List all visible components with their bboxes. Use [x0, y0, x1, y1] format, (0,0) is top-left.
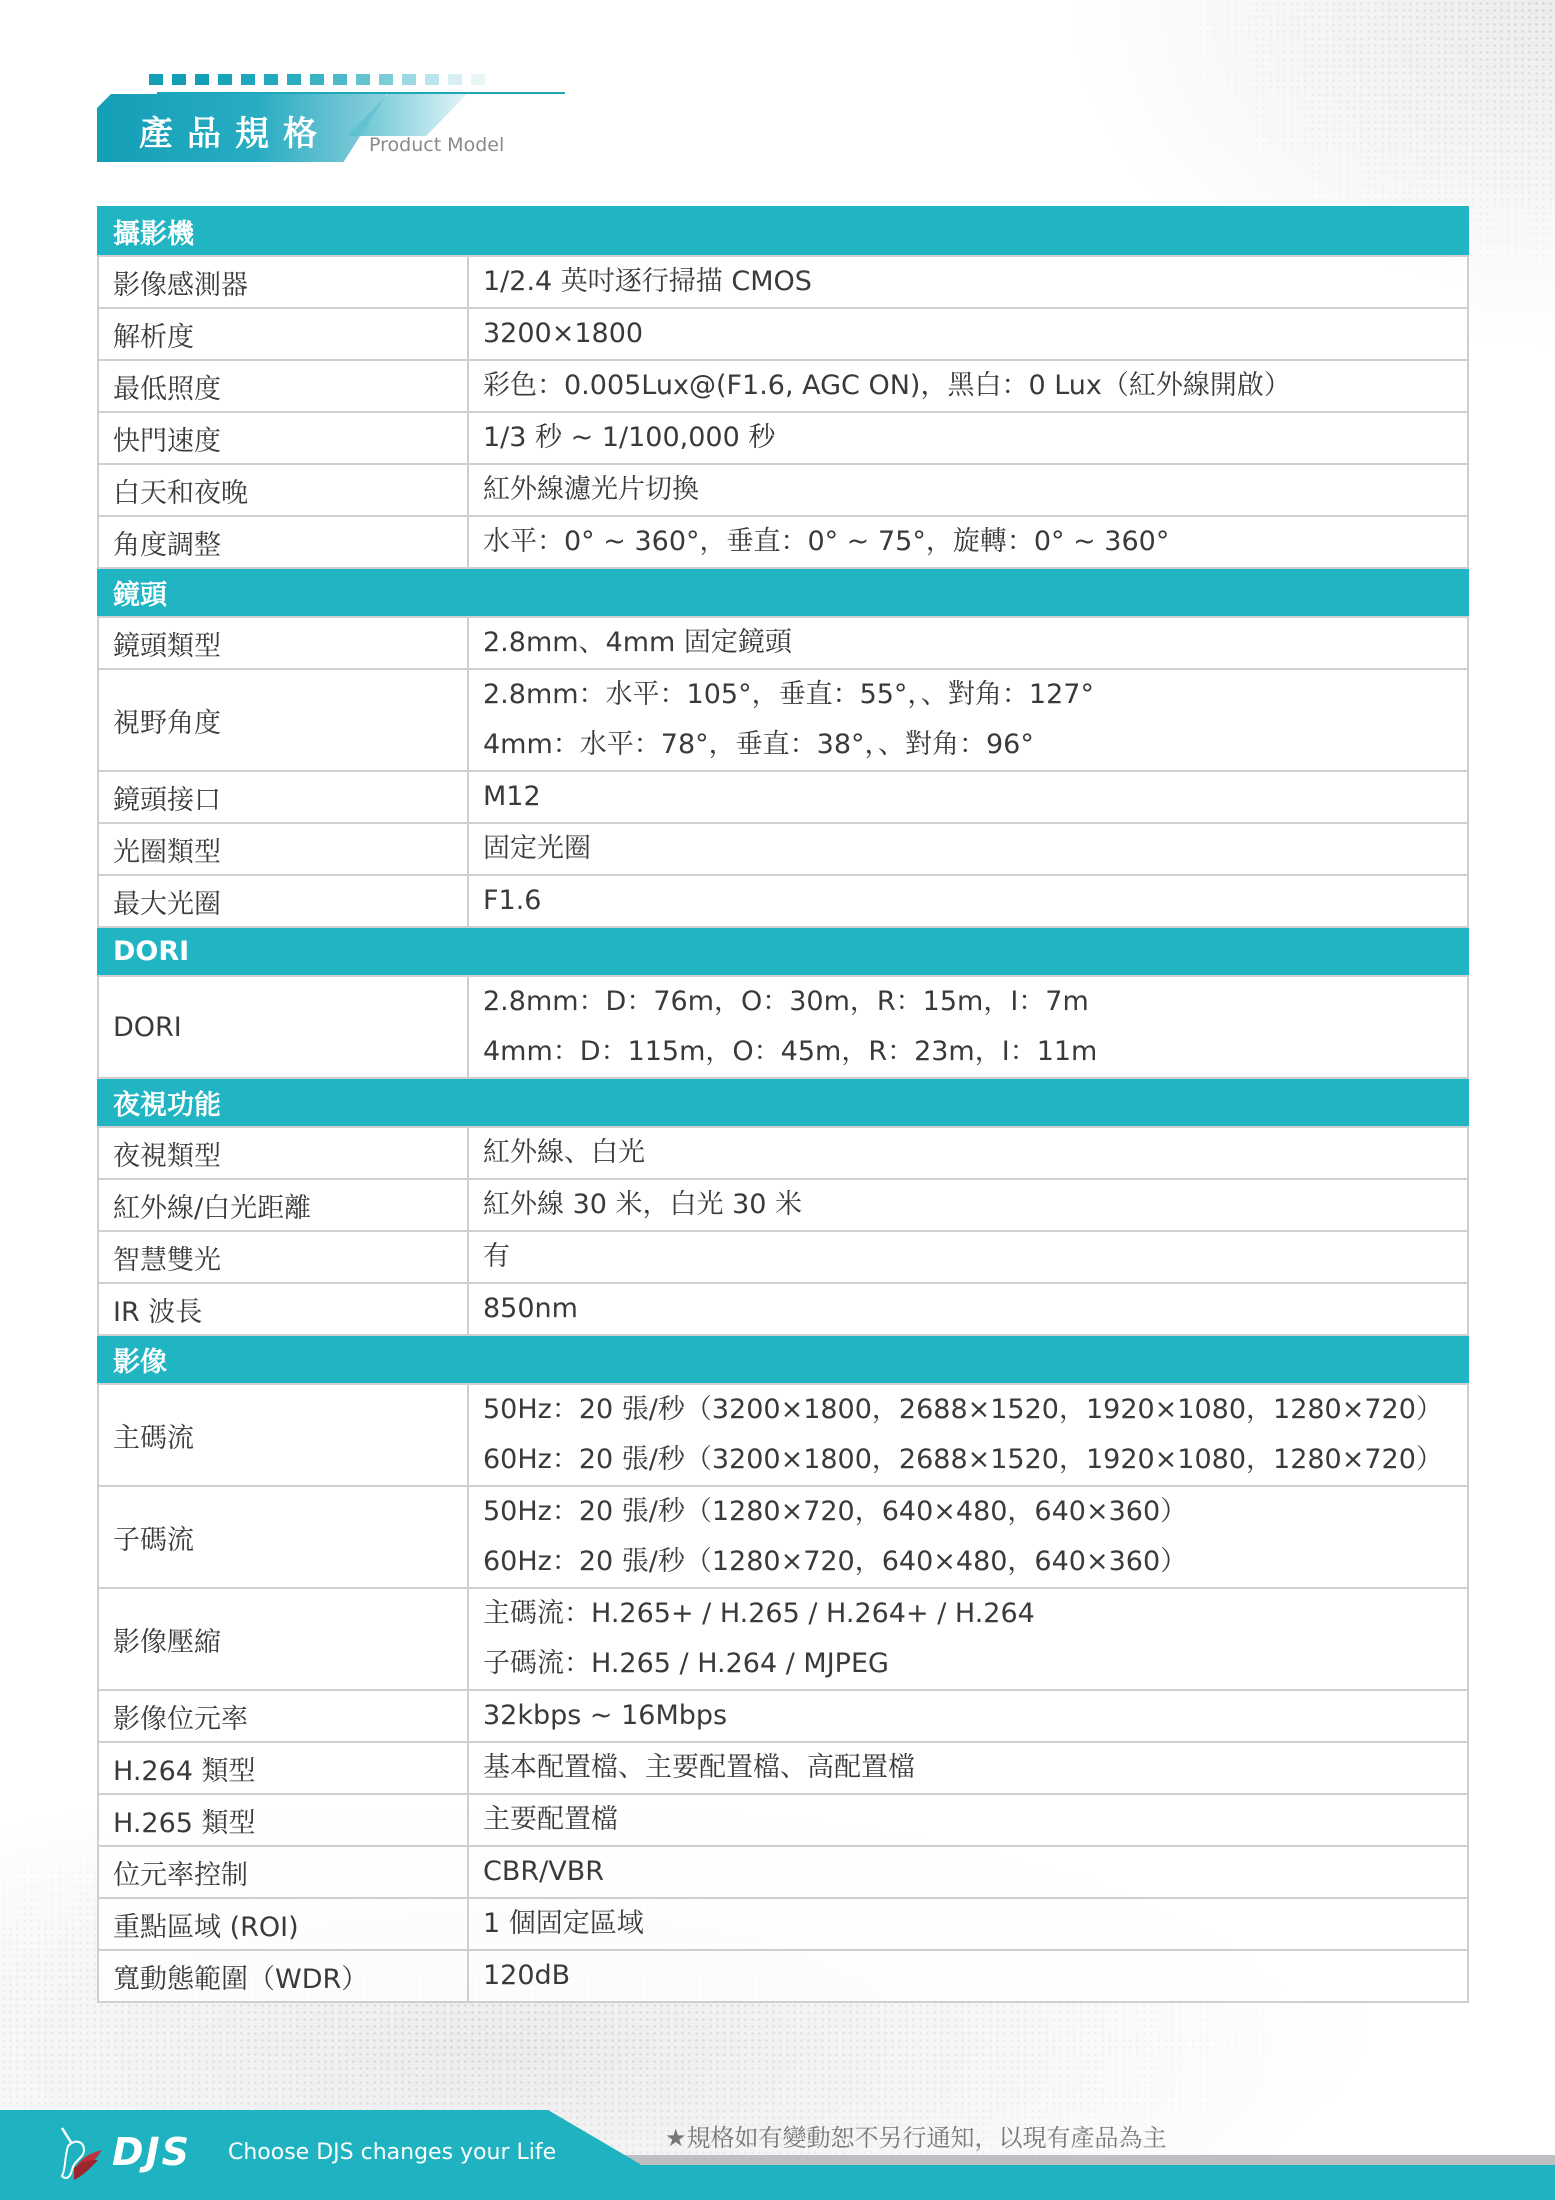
spec-value: 50Hz：20 張/秒（1280×720，640×480，640×360）60H… [468, 1486, 1468, 1588]
spec-value-line: 3200×1800 [483, 309, 1453, 359]
table-row: 影像壓縮主碼流：H.265+ / H.265 / H.264+ / H.264子… [98, 1588, 1468, 1690]
spec-value: 彩色：0.005Lux@(F1.6, AGC ON)，黑白：0 Lux（紅外線開… [468, 360, 1468, 412]
table-row: 角度調整水平：0° ~ 360°，垂直：0° ~ 75°，旋轉：0° ~ 360… [98, 516, 1468, 568]
spec-value-line: 1/3 秒 ~ 1/100,000 秒 [483, 413, 1453, 463]
spec-value: 主碼流：H.265+ / H.265 / H.264+ / H.264子碼流：H… [468, 1588, 1468, 1690]
decorative-square [448, 74, 462, 85]
table-row: 重點區域 (ROI)1 個固定區域 [98, 1898, 1468, 1950]
table-row: 光圈類型固定光圈 [98, 823, 1468, 875]
spec-value-line: 60Hz：20 張/秒（3200×1800，2688×1520，1920×108… [483, 1435, 1453, 1485]
page-title: 產品規格 [139, 106, 331, 155]
spec-value-line: M12 [483, 772, 1453, 822]
spec-label: DORI [98, 976, 468, 1078]
spec-value-line: CBR/VBR [483, 1847, 1453, 1897]
spec-label: 快門速度 [98, 412, 468, 464]
spec-value-line: 1 個固定區域 [483, 1899, 1453, 1949]
spec-value: 主要配置檔 [468, 1794, 1468, 1846]
spec-value: 2.8mm：D：76m，O：30m，R：15m，I：7m4mm：D：115m，O… [468, 976, 1468, 1078]
table-row: 位元率控制CBR/VBR [98, 1846, 1468, 1898]
page-title-banner: 產品規格 Product Model [97, 70, 577, 170]
decorative-squares [149, 74, 485, 85]
spec-label: 影像位元率 [98, 1690, 468, 1742]
spec-value-line: 紅外線 30 米，白光 30 米 [483, 1180, 1453, 1230]
table-row: IR 波長850nm [98, 1283, 1468, 1335]
decorative-square [287, 74, 301, 85]
decorative-square [241, 74, 255, 85]
spec-value: 50Hz：20 張/秒（3200×1800，2688×1520，1920×108… [468, 1384, 1468, 1486]
spec-label: 最大光圈 [98, 875, 468, 927]
spec-value-line: 2.8mm、4mm 固定鏡頭 [483, 618, 1453, 668]
spec-value-line: 紅外線、白光 [483, 1128, 1453, 1178]
spec-value: 固定光圈 [468, 823, 1468, 875]
spec-value-line: 基本配置檔、主要配置檔、高配置檔 [483, 1743, 1453, 1793]
table-row: 鏡頭接口M12 [98, 771, 1468, 823]
spec-value: 紅外線 30 米，白光 30 米 [468, 1179, 1468, 1231]
spec-value-line: 60Hz：20 張/秒（1280×720，640×480，640×360） [483, 1537, 1453, 1587]
decorative-square [379, 74, 393, 85]
spec-value: 水平：0° ~ 360°，垂直：0° ~ 75°，旋轉：0° ~ 360° [468, 516, 1468, 568]
decorative-square [195, 74, 209, 85]
decorative-square [425, 74, 439, 85]
spec-value: M12 [468, 771, 1468, 823]
decorative-square [149, 74, 163, 85]
table-row: 鏡頭類型2.8mm、4mm 固定鏡頭 [98, 617, 1468, 669]
table-row: 白天和夜晚紅外線濾光片切換 [98, 464, 1468, 516]
footer: DJS Choose DJS changes your Life ★規格如有變動… [0, 2110, 1555, 2200]
spec-table: 攝影機影像感測器1/2.4 英吋逐行掃描 CMOS解析度3200×1800最低照… [97, 206, 1469, 2003]
section-title: 影像 [98, 1335, 1468, 1384]
spec-value: F1.6 [468, 875, 1468, 927]
spec-label: 寬動態範圍（WDR） [98, 1950, 468, 2002]
table-row: H.265 類型主要配置檔 [98, 1794, 1468, 1846]
table-row: 最大光圈F1.6 [98, 875, 1468, 927]
decorative-square [310, 74, 324, 85]
spec-label: H.265 類型 [98, 1794, 468, 1846]
spec-label: 白天和夜晚 [98, 464, 468, 516]
table-row: 主碼流50Hz：20 張/秒（3200×1800，2688×1520，1920×… [98, 1384, 1468, 1486]
spec-value-line: 主碼流：H.265+ / H.265 / H.264+ / H.264 [483, 1589, 1453, 1639]
spec-label: 視野角度 [98, 669, 468, 771]
table-row: 寬動態範圍（WDR）120dB [98, 1950, 1468, 2002]
spec-value: 2.8mm：水平：105°，垂直：55°，、對角：127°4mm：水平：78°，… [468, 669, 1468, 771]
spec-label: 角度調整 [98, 516, 468, 568]
spec-value-line: 主要配置檔 [483, 1795, 1453, 1845]
decorative-square [471, 74, 485, 85]
spec-value-line: 2.8mm：水平：105°，垂直：55°，、對角：127° [483, 670, 1453, 720]
table-row: 智慧雙光有 [98, 1231, 1468, 1283]
spec-value-line: 32kbps ~ 16Mbps [483, 1691, 1453, 1741]
spec-value: 基本配置檔、主要配置檔、高配置檔 [468, 1742, 1468, 1794]
spec-value-line: F1.6 [483, 876, 1453, 926]
table-row: 紅外線/白光距離紅外線 30 米，白光 30 米 [98, 1179, 1468, 1231]
unicorn-logo-icon [48, 2124, 108, 2184]
spec-value-line: 彩色：0.005Lux@(F1.6, AGC ON)，黑白：0 Lux（紅外線開… [483, 361, 1453, 411]
brand-name: DJS [112, 2130, 191, 2174]
spec-label: 紅外線/白光距離 [98, 1179, 468, 1231]
spec-value-line: 子碼流：H.265 / H.264 / MJPEG [483, 1639, 1453, 1689]
spec-value-line: 紅外線濾光片切換 [483, 465, 1453, 515]
spec-label: 主碼流 [98, 1384, 468, 1486]
section-title: 夜視功能 [98, 1078, 1468, 1127]
spec-value: 紅外線、白光 [468, 1127, 1468, 1179]
title-underline [157, 92, 565, 94]
spec-label: 鏡頭類型 [98, 617, 468, 669]
spec-label: 影像感測器 [98, 256, 468, 308]
section-title: DORI [98, 927, 1468, 976]
section-header-row: DORI [98, 927, 1468, 976]
section-header-row: 夜視功能 [98, 1078, 1468, 1127]
table-row: 影像感測器1/2.4 英吋逐行掃描 CMOS [98, 256, 1468, 308]
decorative-square [402, 74, 416, 85]
table-row: 快門速度1/3 秒 ~ 1/100,000 秒 [98, 412, 1468, 464]
spec-value-line: 固定光圈 [483, 824, 1453, 874]
spec-value-line: 50Hz：20 張/秒（1280×720，640×480，640×360） [483, 1487, 1453, 1537]
table-row: DORI2.8mm：D：76m，O：30m，R：15m，I：7m4mm：D：11… [98, 976, 1468, 1078]
spec-label: 鏡頭接口 [98, 771, 468, 823]
table-row: 夜視類型紅外線、白光 [98, 1127, 1468, 1179]
spec-value-line: 水平：0° ~ 360°，垂直：0° ~ 75°，旋轉：0° ~ 360° [483, 517, 1453, 567]
table-row: 子碼流50Hz：20 張/秒（1280×720，640×480，640×360）… [98, 1486, 1468, 1588]
spec-label: 位元率控制 [98, 1846, 468, 1898]
spec-value: 1/3 秒 ~ 1/100,000 秒 [468, 412, 1468, 464]
section-header-row: 影像 [98, 1335, 1468, 1384]
section-title: 攝影機 [98, 207, 1468, 256]
spec-value: 有 [468, 1231, 1468, 1283]
spec-value: 1 個固定區域 [468, 1898, 1468, 1950]
spec-label: 最低照度 [98, 360, 468, 412]
table-row: 影像位元率32kbps ~ 16Mbps [98, 1690, 1468, 1742]
spec-value: CBR/VBR [468, 1846, 1468, 1898]
spec-value-line: 4mm：水平：78°，垂直：38°，、對角：96° [483, 720, 1453, 770]
brand-tagline: Choose DJS changes your Life [228, 2140, 556, 2165]
spec-label: 影像壓縮 [98, 1588, 468, 1690]
spec-value-line: 850nm [483, 1284, 1453, 1334]
disclaimer-note: ★規格如有變動恕不另行通知，以現有產品為主 [665, 2118, 1167, 2153]
spec-value: 1/2.4 英吋逐行掃描 CMOS [468, 256, 1468, 308]
table-row: H.264 類型基本配置檔、主要配置檔、高配置檔 [98, 1742, 1468, 1794]
spec-label: IR 波長 [98, 1283, 468, 1335]
spec-value: 紅外線濾光片切換 [468, 464, 1468, 516]
spec-label: H.264 類型 [98, 1742, 468, 1794]
decorative-square [172, 74, 186, 85]
spec-value-line: 1/2.4 英吋逐行掃描 CMOS [483, 257, 1453, 307]
spec-label: 夜視類型 [98, 1127, 468, 1179]
spec-label: 智慧雙光 [98, 1231, 468, 1283]
decorative-square [356, 74, 370, 85]
decorative-square [333, 74, 347, 85]
spec-value-line: 120dB [483, 1951, 1453, 2001]
table-row: 視野角度2.8mm：水平：105°，垂直：55°，、對角：127°4mm：水平：… [98, 669, 1468, 771]
spec-value: 2.8mm、4mm 固定鏡頭 [468, 617, 1468, 669]
table-row: 解析度3200×1800 [98, 308, 1468, 360]
spec-label: 重點區域 (ROI) [98, 1898, 468, 1950]
spec-value: 3200×1800 [468, 308, 1468, 360]
spec-label: 光圈類型 [98, 823, 468, 875]
spec-value-line: 4mm：D：115m，O：45m，R：23m，I：11m [483, 1027, 1453, 1077]
spec-label: 子碼流 [98, 1486, 468, 1588]
section-title: 鏡頭 [98, 568, 1468, 617]
footer-grey-stripe [600, 2155, 1555, 2165]
table-row: 最低照度彩色：0.005Lux@(F1.6, AGC ON)，黑白：0 Lux（… [98, 360, 1468, 412]
spec-label: 解析度 [98, 308, 468, 360]
section-header-row: 鏡頭 [98, 568, 1468, 617]
spec-value-line: 有 [483, 1232, 1453, 1282]
section-header-row: 攝影機 [98, 207, 1468, 256]
spec-value: 850nm [468, 1283, 1468, 1335]
spec-value-line: 50Hz：20 張/秒（3200×1800，2688×1520，1920×108… [483, 1385, 1453, 1435]
decorative-square [264, 74, 278, 85]
page-subtitle: Product Model [369, 134, 504, 156]
spec-value-line: 2.8mm：D：76m，O：30m，R：15m，I：7m [483, 977, 1453, 1027]
decorative-square [218, 74, 232, 85]
spec-value: 120dB [468, 1950, 1468, 2002]
spec-value: 32kbps ~ 16Mbps [468, 1690, 1468, 1742]
